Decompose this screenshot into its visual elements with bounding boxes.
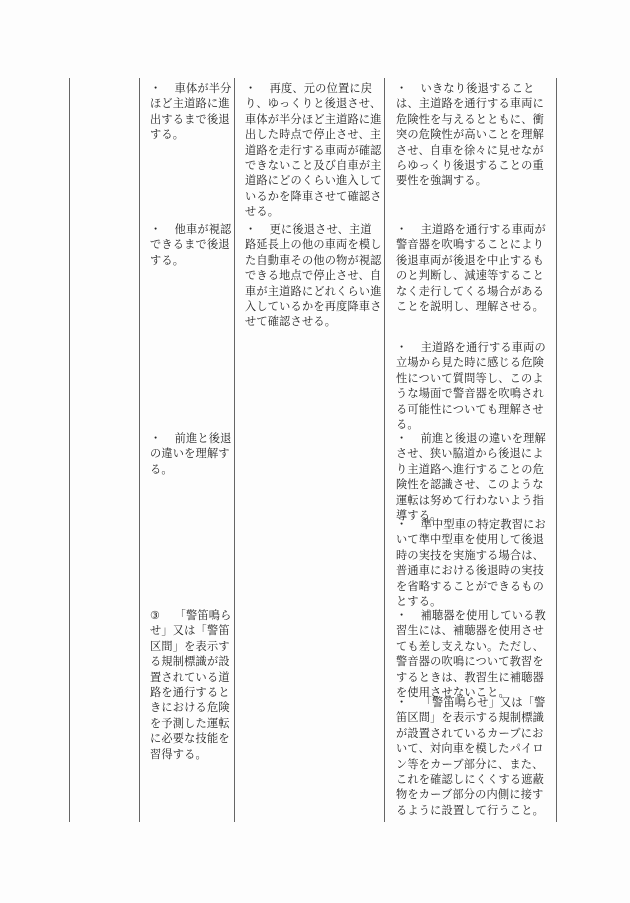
note-text: 主道路を通行する車両が警音器を吹鳴することにより後退車両が後退を中止するものと判… — [396, 222, 554, 314]
table-border-right — [556, 78, 557, 822]
skill-text: 前進と後退の違いを理解する。 — [150, 431, 234, 477]
table-border-left — [69, 78, 70, 822]
skill-text: 他車が視認できるまで後退する。 — [150, 222, 234, 268]
table-cell-note: ・ 主道路を通行する車両が警音器を吹鳴することにより後退車両が後退を中止するもの… — [396, 222, 554, 314]
bullet-icon: ・ — [396, 81, 407, 96]
method-text: 更に後退させ、主道路延長上の他の車両を模した自動車その他の物が視認できる地点で停… — [245, 222, 383, 330]
table-cell-note: ・ 主道路を通行する車両の立場から見た時に感じる危険性について質問等し、このよう… — [396, 340, 554, 432]
bullet-icon: ・ — [396, 431, 407, 446]
bullet-icon: ・ — [150, 81, 161, 96]
table-cell-note: ・ 補聴器を使用している教習生には、補聴器を使用させても差し支えない。ただし、警… — [396, 608, 554, 700]
bullet-icon: ・ — [396, 695, 407, 710]
note-text: 補聴器を使用している教習生には、補聴器を使用させても差し支えない。ただし、警音器… — [396, 608, 554, 700]
table-cell-method: ・ 再度、元の位置に戻り、ゆっくりと後退させ、車体が半分ほど主道路に進出した時点… — [245, 81, 383, 220]
bullet-icon: ・ — [150, 222, 161, 237]
note-text: 「警笛鳴らせ」又は「警笛区間」を表示する規制標識が設置されているカーブにおいて、… — [396, 695, 554, 818]
table-cell-skill: ③ 「警笛鳴らせ」又は「警笛区間」を表示する規制標識が設置されている道路を通行す… — [150, 608, 234, 762]
item-marker: ③ — [150, 608, 160, 623]
table-border-col1 — [139, 78, 140, 822]
table-border-col2 — [234, 78, 235, 822]
table-cell-note: ・ 「警笛鳴らせ」又は「警笛区間」を表示する規制標識が設置されているカーブにおい… — [396, 695, 554, 818]
bullet-icon: ・ — [396, 608, 407, 623]
table-cell-skill: ・ 他車が視認できるまで後退する。 — [150, 222, 234, 268]
table-cell-note: ・ 前進と後退の違いを理解させ、狭い脇道から後退により主道路へ進行することの危険… — [396, 431, 554, 523]
table-cell-method: ・ 更に後退させ、主道路延長上の他の車両を模した自動車その他の物が視認できる地点… — [245, 222, 383, 330]
table-cell-skill: ・ 車体が半分ほど主道路に進出するまで後退する。 — [150, 81, 234, 143]
method-text: 再度、元の位置に戻り、ゆっくりと後退させ、車体が半分ほど主道路に進出した時点で停… — [245, 81, 383, 220]
bullet-icon: ・ — [396, 517, 407, 532]
table-cell-note: ・ 準中型車の特定教習において準中型車を使用して後退時の実技を実施する場合は、普… — [396, 517, 554, 609]
note-text: 準中型車の特定教習において準中型車を使用して後退時の実技を実施する場合は、普通車… — [396, 517, 554, 609]
table-cell-note: ・ いきなり後退することは、主道路を通行する車両に危険性を与えるとともに、衝突の… — [396, 81, 554, 189]
skill-text: 車体が半分ほど主道路に進出するまで後退する。 — [150, 81, 234, 143]
note-text: 主道路を通行する車両の立場から見た時に感じる危険性について質問等し、このような場… — [396, 340, 554, 432]
bullet-icon: ・ — [245, 222, 256, 237]
bullet-icon: ・ — [396, 222, 407, 237]
skill-text: 「警笛鳴らせ」又は「警笛区間」を表示する規制標識が設置されている道路を通行すると… — [150, 608, 234, 762]
note-text: 前進と後退の違いを理解させ、狭い脇道から後退により主道路へ進行することの危険性を… — [396, 431, 554, 523]
bullet-icon: ・ — [150, 431, 161, 446]
table-cell-skill: ・ 前進と後退の違いを理解する。 — [150, 431, 234, 477]
bullet-icon: ・ — [245, 81, 256, 96]
note-text: いきなり後退することは、主道路を通行する車両に危険性を与えるとともに、衝突の危険… — [396, 81, 554, 189]
table-border-col3 — [384, 78, 385, 822]
bullet-icon: ・ — [396, 340, 407, 355]
